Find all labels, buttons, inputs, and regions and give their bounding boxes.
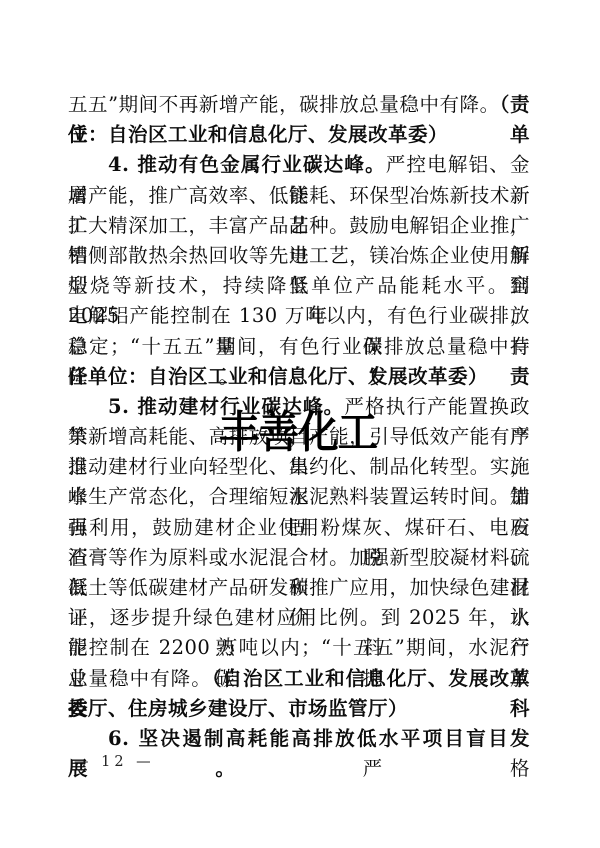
body-text: 五五”期间不再新增产能，碳排放总量稳中有降。 [68, 93, 500, 116]
text-line: 4. 推动有色金属行业碳达峰。严控电解铝、金属镁新 [68, 150, 530, 180]
text-line: 槽侧部散热余热回收等先进工艺，镁冶炼企业使用新型竖窑 [68, 241, 530, 271]
text-line: 扩大精深加工，丰富产品品种。鼓励电解铝企业推广铝电解 [68, 211, 530, 241]
responsibility-unit-text: 任单位：自治区工业和信息化厅、发展改革委） [68, 365, 488, 388]
responsibility-unit-text: 技厅、住房城乡建设厅、市场监管厅） [68, 697, 408, 720]
text-line: 证，逐步提升绿色建材应用比例。到 2025 年，水泥熟料产 [68, 603, 530, 633]
text-line: 能控制在 2200 万吨以内；“十五五”期间，水泥行业碳排放 [68, 633, 530, 663]
responsibility-unit-text: 位：自治区工业和信息化厅、发展改革委） [68, 123, 448, 146]
text-line: 峰生产常态化，合理缩短水泥熟料装置运转时间。加强固废 [68, 482, 530, 512]
body-text: 严格 [363, 757, 530, 780]
text-line: 6. 坚决遏制高耗能高排放低水平项目盲目发展。严格 [68, 724, 530, 754]
text-line: 增产能，推广高效率、低能耗、环保型冶炼新技术新工艺， [68, 181, 530, 211]
watermark-text: 丰善化工 [219, 396, 377, 460]
text-line: 煅烧等新技术，持续降低单位产品能耗水平。到 2025 年， [68, 271, 530, 301]
text-line: 五五”期间不再新增产能，碳排放总量稳中有降。（责任单 [68, 90, 530, 120]
text-line: 石膏等作为原料或水泥混合材。加强新型胶凝材料、低碳混 [68, 543, 530, 573]
bold-lead-text: 4. 推动有色金属行业碳达峰。 [108, 153, 386, 176]
body-text: 总量稳中有降。 [68, 667, 212, 690]
text-line: 任单位：自治区工业和信息化厅、发展改革委） [68, 362, 530, 392]
text-line: 凝土等低碳建材产品研发和推广应用，加快绿色建材评价认 [68, 573, 530, 603]
text-line: 稳定；“十五五”期间，有色行业碳排放总量稳中有降。（责 [68, 332, 530, 362]
document-page: 五五”期间不再新增产能，碳排放总量稳中有降。（责任单位：自治区工业和信息化厅、发… [0, 0, 600, 848]
text-line: 再利用，鼓励建材企业使用粉煤灰、煤矸石、电石渣、脱硫 [68, 513, 530, 543]
text-line: 电解铝产能控制在 130 万吨以内，有色行业碳排放总量保持 [68, 301, 530, 331]
text-line: 总量稳中有降。（自治区工业和信息化厅、发展改革委、科 [68, 664, 530, 694]
page-number: — 12 — [74, 754, 155, 770]
